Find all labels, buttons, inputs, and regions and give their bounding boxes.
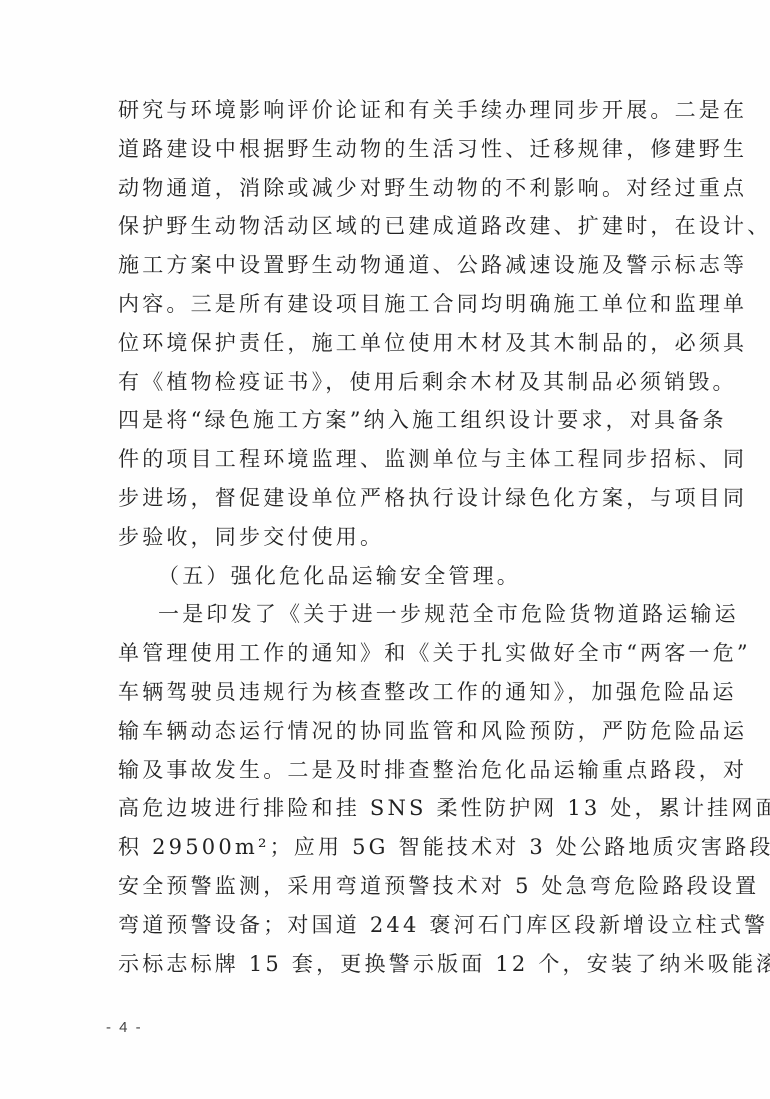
text-line: 有《植物检疫证书》，使用后剩余木材及其制品必须销毁。 (118, 363, 678, 402)
text-line: 输及事故发生。二是及时排查整治危化品运输重点路段，对 (118, 751, 678, 790)
text-line: 内容。三是所有建设项目施工合同均明确施工单位和监理单 (118, 285, 678, 324)
text-line: 道路建设中根据野生动物的生活习性、迁移规律，修建野生 (118, 130, 678, 169)
text-line: 安全预警监测，采用弯道预警技术对 5 处急弯危险路段设置 (118, 867, 678, 906)
text-line: 车辆驾驶员违规行为核查整改工作的通知》，加强危险品运 (118, 673, 678, 712)
document-body: 研究与环境影响评价论证和有关手续办理同步开展。二是在 道路建设中根据野生动物的生… (118, 91, 678, 983)
text-line: 四是将“绿色施工方案”纳入施工组织设计要求，对具备条 (118, 401, 678, 440)
text-line: 保护野生动物活动区域的已建成道路改建、扩建时，在设计、 (118, 207, 678, 246)
text-line: 一是印发了《关于进一步规范全市危险货物道路运输运 (118, 595, 670, 634)
text-line: 步验收，同步交付使用。 (118, 518, 678, 557)
text-line: 步进场，督促建设单位严格执行设计绿色化方案，与项目同 (118, 479, 678, 518)
text-line: 位环境保护责任，施工单位使用木材及其木制品的，必须具 (118, 324, 678, 363)
text-line: 施工方案中设置野生动物通道、公路减速设施及警示标志等 (118, 246, 678, 285)
page-number: - 4 - (106, 1019, 143, 1036)
text-line: 示标志标牌 15 套，更换警示版面 12 个，安装了纳米吸能滚 (118, 945, 678, 984)
text-line: 弯道预警设备；对国道 244 褒河石门库区段新增设立柱式警 (118, 906, 678, 945)
text-line: 单管理使用工作的通知》和《关于扎实做好全市“两客一危” (118, 634, 678, 673)
text-line: 积 29500m²；应用 5G 智能技术对 3 处公路地质灾害路段进行 (118, 828, 678, 867)
text-line: 输车辆动态运行情况的协同监管和风险预防，严防危险品运 (118, 712, 678, 751)
document-page: 研究与环境影响评价论证和有关手续办理同步开展。二是在 道路建设中根据野生动物的生… (0, 0, 770, 1099)
section-heading: （五）强化危化品运输安全管理。 (118, 557, 678, 596)
text-line: 动物通道，消除或减少对野生动物的不利影响。对经过重点 (118, 169, 678, 208)
text-line: 件的项目工程环境监理、监测单位与主体工程同步招标、同 (118, 440, 678, 479)
text-line: 高危边坡进行排险和挂 SNS 柔性防护网 13 处，累计挂网面 (118, 789, 678, 828)
text-line: 研究与环境影响评价论证和有关手续办理同步开展。二是在 (118, 91, 678, 130)
